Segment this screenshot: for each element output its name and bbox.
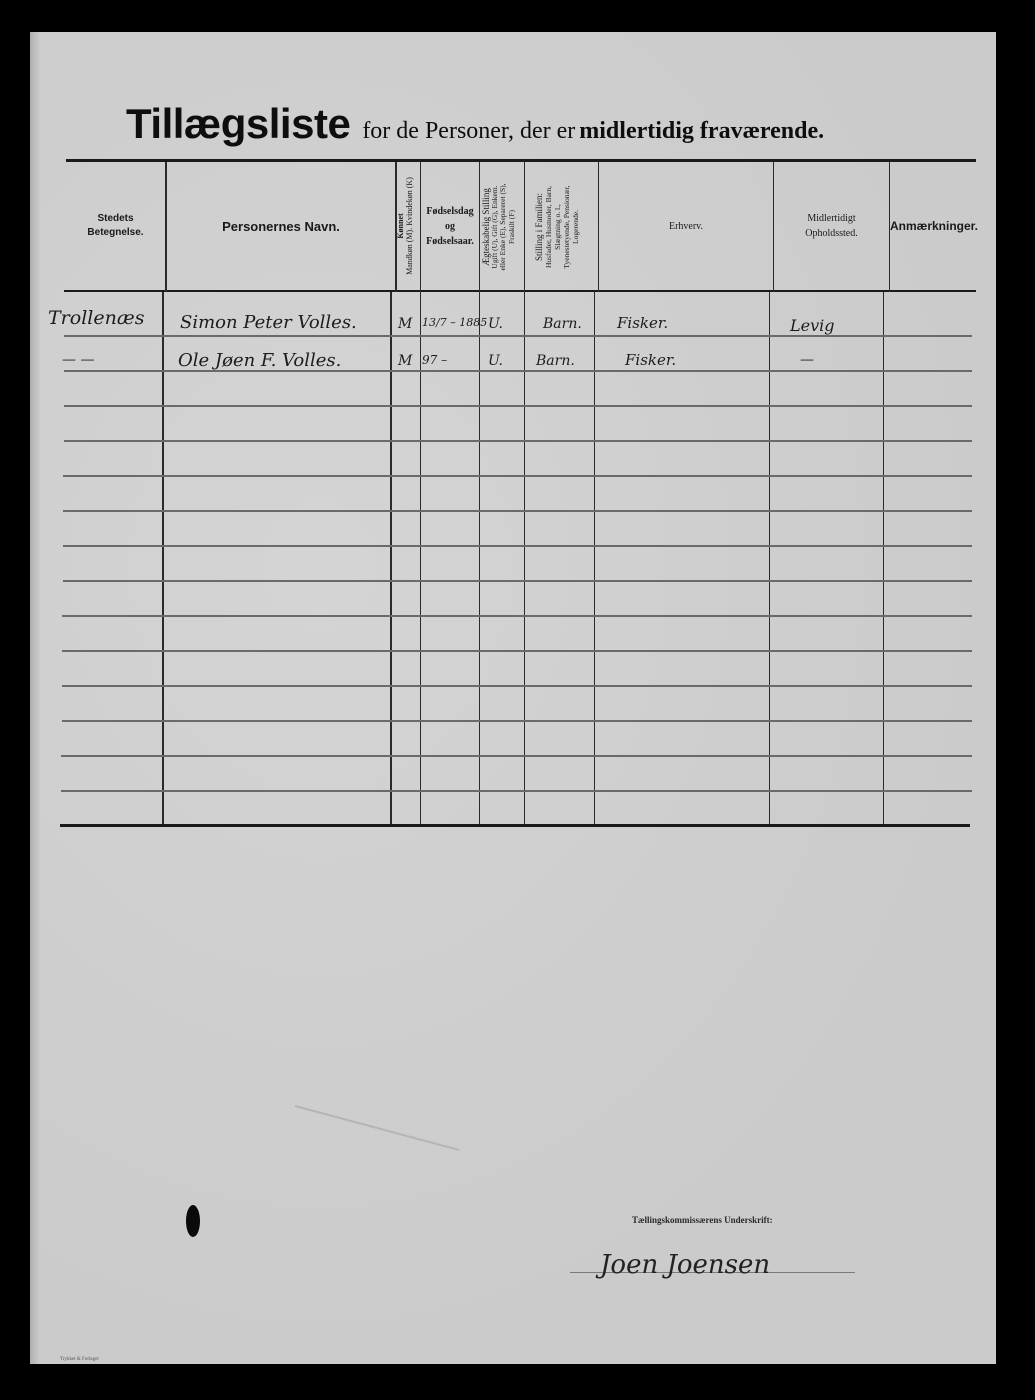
row-line [64,335,972,337]
cell-aegte: U. [488,316,503,332]
cell-familie: Barn. [536,353,575,369]
cell-navn: Ole Jøen F. Volles. [178,350,341,371]
header-label: Logerende. [571,165,580,289]
row-line [61,790,972,792]
header-erhverv: Erhverv. [599,162,773,290]
page-edge [30,32,40,1364]
row-line [64,405,972,407]
cell-kjon: M [398,353,412,369]
header-label: Slægtning o. l., [553,165,562,289]
header-anmaerkninger: Anmærkninger. [890,162,978,290]
header-aegteskabelig-stilling: Ægteskabelig Stilling Ugift (U), Gift (G… [482,165,522,289]
cell-opholdssted: — [800,352,814,368]
header-stedets-betegnelse: Stedets Betegnelse. [66,162,165,290]
row-line [63,580,972,582]
title-for: for de Personer, der er [362,118,575,144]
header-label: Betegnelse. [87,226,143,240]
header-bottom-rule [64,290,976,292]
cell-fodsel: 97 – [422,353,447,367]
form-title: Tillægsliste for de Personer, der er mid… [126,100,824,148]
header-label: og [445,219,455,234]
title-bold: midlertidig fraværende. [579,118,824,144]
header-label: Erhverv. [669,221,703,232]
cell-erhverv: Fisker. [625,351,676,369]
header-fodselsdag: Fødselsdag og Fødselsaar. [421,162,479,290]
header-label: Opholdssted. [805,226,858,241]
row-line [61,755,972,757]
row-line [62,685,972,687]
header-midlertidigt-opholdssted: Midlertidigt Opholdssted. [774,162,889,290]
header-label: Fraskilt (F) [508,165,517,289]
row-line [64,440,972,442]
cell-opholdssted: Levig [790,316,835,335]
row-line [63,545,972,547]
signature-label: Tællingskommissærens Underskrift: [632,1215,773,1225]
printer-mark: Trykket & Forlaget [60,1357,99,1362]
cell-sted: — — [62,352,94,368]
row-line [62,615,972,617]
header-label: Fødselsaar. [426,234,474,249]
row-line [62,650,972,652]
col-divider [594,292,595,824]
signature: Joen Joensen [600,1250,770,1280]
header-label: Kønnet [396,163,405,289]
table-bottom-rule [60,824,970,827]
col-divider [883,292,884,824]
col-divider [390,292,392,824]
title-main: Tillægsliste [126,100,350,147]
cell-kjon: M [398,316,412,332]
ink-blot [186,1205,200,1237]
col-divider [524,162,525,824]
col-divider [479,162,480,824]
row-line [63,475,972,477]
cell-familie: Barn. [543,316,582,332]
row-line [63,510,972,512]
header-personernes-navn: Personernes Navn. [167,162,395,290]
col-divider [769,292,770,824]
row-line [62,720,972,722]
cell-aegte: U. [488,353,503,369]
header-label: Husfader, Husmoder, Barn, [544,165,553,289]
header-label: Fødselsdag [426,204,473,219]
header-label: Stilling i Familien: [535,165,544,289]
cell-navn: Simon Peter Volles. [180,312,357,333]
cell-fodsel: 13/7 – 1885 [422,316,487,329]
col-divider [162,292,164,824]
header-label: Midlertidigt [807,211,855,226]
header-label: Personernes Navn. [222,219,340,234]
cell-erhverv: Fisker. [617,314,668,332]
header-stilling-i-familien: Stilling i Familien: Husfader, Husmoder,… [535,165,587,289]
header-kjonnet: Kønnet Mandkøn (M). Kvindekøn (K) [396,163,420,289]
header-label: Anmærkninger. [890,219,978,233]
header-label: Tyenestetyende, Pensionær, [562,165,571,289]
cell-sted: Trollenæs [48,307,144,329]
header-label: Mandkøn (M). Kvindekøn (K) [405,163,414,289]
header-label: Stedets [97,212,133,226]
